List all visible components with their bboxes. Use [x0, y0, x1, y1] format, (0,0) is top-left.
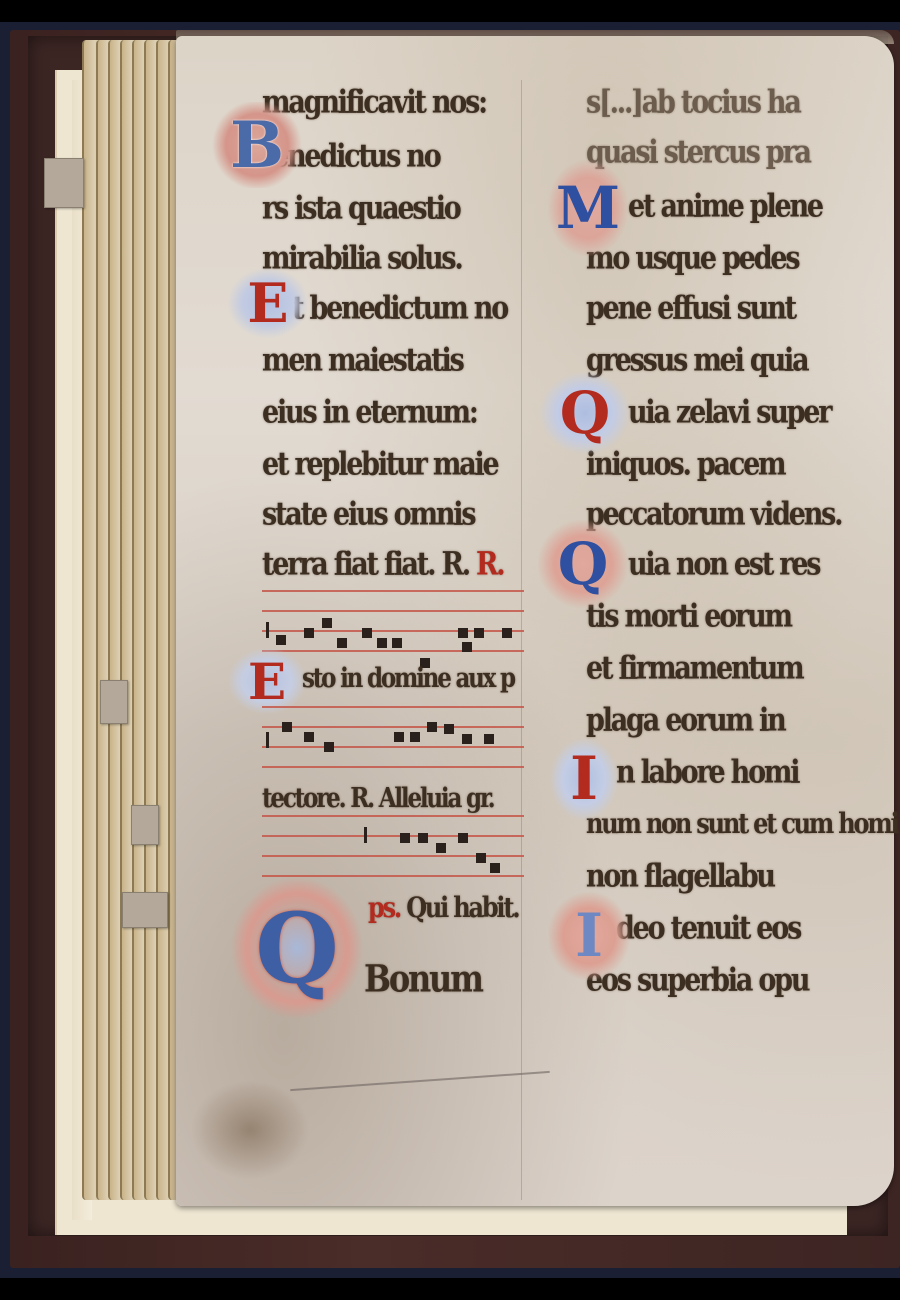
- neume-icon: [444, 724, 454, 734]
- clef-icon: [266, 622, 269, 638]
- text-line: eius in eternum:: [262, 394, 477, 431]
- stain: [190, 1080, 310, 1180]
- neume-icon: [410, 732, 420, 742]
- neume-icon: [394, 732, 404, 742]
- neume-icon: [377, 638, 387, 648]
- psalm-cue-visible: Qui habit.: [406, 890, 518, 924]
- page-tab: [44, 158, 84, 208]
- neume-icon: [282, 722, 292, 732]
- neume-icon: [304, 628, 314, 638]
- neume-icon: [458, 833, 468, 843]
- neume-icon: [458, 628, 468, 638]
- text-line: Bonum: [364, 956, 482, 1001]
- initial-i-blue: I: [548, 892, 630, 980]
- initial-q-large: Q: [232, 878, 362, 1018]
- clef-icon: [266, 732, 269, 748]
- neume-icon: [324, 742, 334, 752]
- text-line: plaga eorum in: [586, 702, 785, 739]
- neume-icon: [462, 734, 472, 744]
- text-line: num non sunt et cum homi: [586, 806, 897, 840]
- text-line: deo tenuit eos: [616, 910, 800, 947]
- neume-icon: [362, 628, 372, 638]
- initial-m: M: [548, 160, 628, 256]
- rubric-response-mark: R.: [476, 546, 503, 583]
- chant-text: tectore. R. Alleluia gr.: [262, 782, 493, 814]
- neume-icon: [276, 635, 286, 645]
- neume-icon: [476, 853, 486, 863]
- text-line: t benedictum no: [292, 290, 507, 327]
- text-line: state eius omnis: [262, 496, 474, 533]
- neume-icon: [490, 863, 500, 873]
- text-line: terra fiat fiat. R.: [262, 546, 469, 583]
- page-tab: [100, 680, 128, 724]
- text-line: uia non est res: [628, 546, 819, 583]
- initial-q-blue: Q: [538, 520, 628, 608]
- neume-icon: [474, 628, 484, 638]
- initial-e: E: [228, 268, 308, 338]
- text-line: n labore homi: [616, 754, 798, 791]
- neume-icon: [400, 833, 410, 843]
- music-staff: [262, 706, 524, 766]
- text-line: rs ista quaestio: [262, 190, 460, 227]
- text-line: non flagellabu: [586, 858, 774, 895]
- chant-text: sto in domine aux p: [302, 662, 514, 694]
- music-staff: [262, 590, 524, 650]
- text-line: et anime plene: [628, 188, 822, 225]
- neume-icon: [462, 642, 472, 652]
- text-line: pene effusi sunt: [586, 290, 795, 327]
- neume-icon: [502, 628, 512, 638]
- neume-icon: [436, 843, 446, 853]
- initial-i: I: [550, 738, 618, 820]
- text-line: et firmamentum: [586, 650, 802, 687]
- neume-icon: [322, 618, 332, 628]
- neume-icon: [484, 734, 494, 744]
- neume-icon: [418, 833, 428, 843]
- text-line: s[...]ab tocius ha: [586, 84, 800, 121]
- psalm-cue: ps. ps. Qui habit. Qui habit.: [368, 890, 518, 924]
- page-tab: [122, 892, 168, 928]
- initial-e-chant: E: [228, 648, 306, 714]
- music-staff: [262, 815, 524, 875]
- neume-icon: [304, 732, 314, 742]
- text-line: et replebitur maie: [262, 446, 498, 483]
- neume-icon: [392, 638, 402, 648]
- manuscript-photo: magnificavit nos: enedictus no rs ista q…: [0, 0, 900, 1300]
- neume-icon: [337, 638, 347, 648]
- page-tab: [131, 805, 159, 845]
- psalm-rubric: ps.: [368, 890, 400, 924]
- initial-b: B: [212, 102, 302, 188]
- text-line: uia zelavi super: [628, 394, 830, 431]
- neume-icon: [427, 722, 437, 732]
- initial-q: Q: [540, 372, 630, 454]
- clef-icon: [364, 827, 367, 843]
- text-line: men maiestatis: [262, 342, 463, 379]
